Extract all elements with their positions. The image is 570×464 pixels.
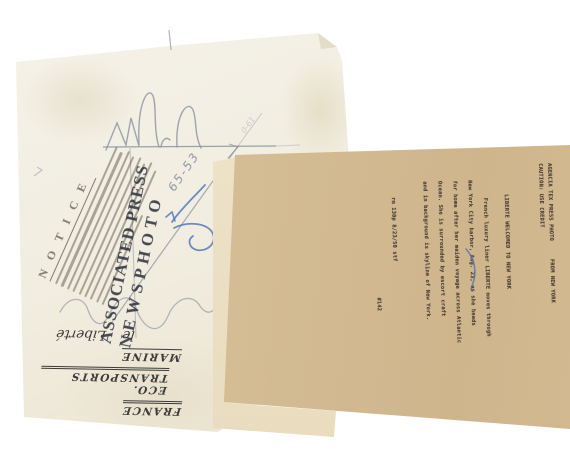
caption-slug: rm 130p 8/23/50 stf [389,197,400,317]
press-photo-verso-scan: NOTICE ASSOCIATED PRESS NEWSPHOTO 65-53 … [0,0,570,464]
caption-body: French luxury liner LIBERTE moves throug… [416,180,495,317]
caption-number: #142 [374,298,383,318]
filing-country: FRANCE [121,400,182,417]
paper-stain [280,55,360,165]
filing-annotation: FRANCE ECO. TRANSPORTS MARINE le Liberté [39,321,187,418]
filing-category: ECO. TRANSPORTS [38,366,169,396]
filing-subcategory: MARINE [120,348,182,363]
caption-title: LIBERTE WELCOMED TO NEW YORK [502,194,513,314]
filing-subject: le Liberté [55,326,135,343]
caption-origin: FROM NEW YORK [547,259,557,303]
caption-text: AGENCIA TEX PRESS PHOTO FROM NEW YORK CA… [365,163,557,318]
